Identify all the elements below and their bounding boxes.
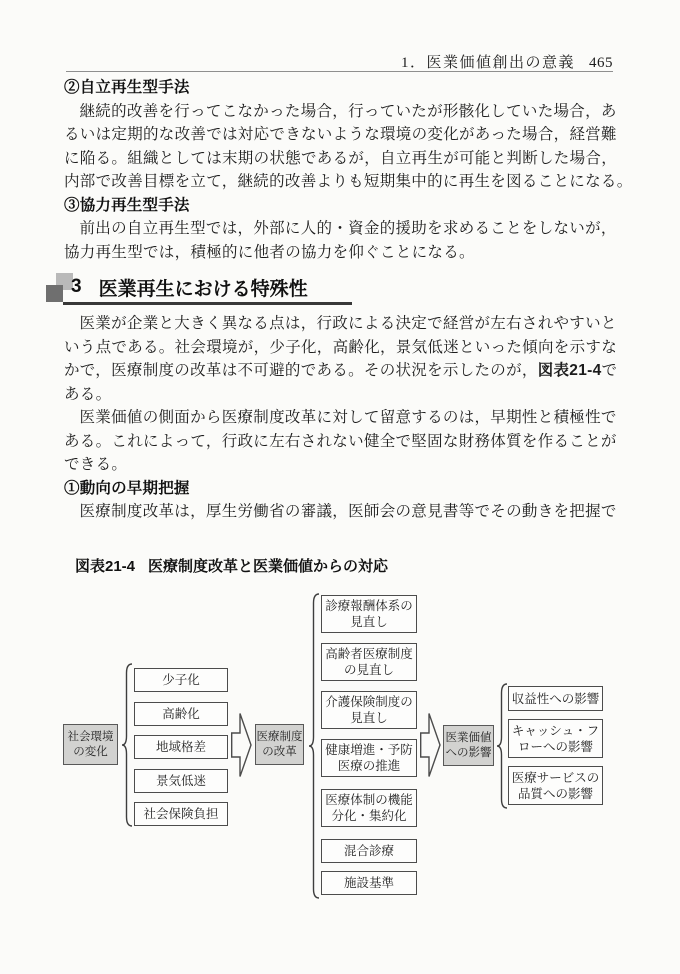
text-line: 医業が企業と大きく異なる点は，行政による決定で経営が左右されやすいと bbox=[64, 312, 624, 336]
heading-marker-dark-square bbox=[46, 285, 63, 302]
text-line: ある。これによって，行政に左右されない健全で堅固な財務体質を作ることが bbox=[64, 430, 624, 454]
text-line: 医療制度改革は，厚生労働省の審議，医師会の意見書等でその動きを把握で bbox=[64, 500, 624, 524]
subsection-heading: ①動向の早期把握 bbox=[64, 477, 624, 501]
box-text-line: 品質への影響 bbox=[518, 786, 593, 802]
env-factor-box: 少子化 bbox=[134, 668, 228, 692]
text-line: ある。 bbox=[64, 383, 624, 407]
box-text-line: の見直し bbox=[344, 662, 394, 678]
section-title: 医業再生における特殊性 bbox=[99, 274, 308, 301]
reform-item-box: 医療体制の機能分化・集約化 bbox=[321, 789, 417, 827]
figure-reference: 図表21-4 bbox=[538, 362, 602, 379]
page-number: 465 bbox=[589, 55, 613, 72]
medical-system-reform-box: 医療制度 の改革 bbox=[255, 724, 304, 765]
page: 1．医業価値創出の意義 465 ②自立再生型手法継続的改善を行ってこなかった場合… bbox=[0, 0, 680, 974]
box-text-line: 医業価値 bbox=[446, 731, 492, 746]
body-text-block-2: 医業が企業と大きく異なる点は，行政による決定で経営が左右されやすいという点である… bbox=[64, 312, 624, 524]
value-item-box: 医療サービスの品質への影響 bbox=[508, 766, 603, 805]
box-text-line: 医療の推進 bbox=[338, 758, 401, 774]
figure-label: 図表21-4 bbox=[75, 555, 135, 576]
reform-item-box: 診療報酬体系の見直し bbox=[321, 595, 417, 633]
box-text-line: への影響 bbox=[446, 746, 492, 761]
box-text-line: 診療報酬体系の bbox=[325, 598, 413, 614]
social-environment-box: 社会環境 の変化 bbox=[63, 724, 118, 765]
section-number: 3 bbox=[71, 276, 82, 298]
running-head: 1．医業価値創出の意義 465 bbox=[401, 51, 613, 72]
reform-item-box: 健康増進・予防医療の推進 bbox=[321, 739, 417, 777]
box-text-line: 施設基準 bbox=[344, 875, 394, 891]
middle-brace bbox=[308, 593, 320, 899]
env-factor-box: 高齢化 bbox=[134, 702, 228, 726]
subsection-heading: ③協力再生型手法 bbox=[64, 194, 624, 218]
right-block-arrow bbox=[420, 712, 441, 778]
box-text-line: 医療サービスの bbox=[512, 770, 600, 786]
text-line: るいは定期的な改善では対応できないような環境の変化があった場合，経営難 bbox=[64, 123, 624, 147]
box-text-line: 高齢化 bbox=[162, 706, 200, 722]
reform-item-box: 介護保険制度の見直し bbox=[321, 691, 417, 729]
text-line: 継続的改善を行ってこなかった場合，行っていたが形骸化していた場合，あ bbox=[64, 100, 624, 124]
text-line: いう点である。社会環境が，少子化，高齢化，景気低迷といった傾向を示すな bbox=[64, 336, 624, 360]
env-factor-box: 社会保険負担 bbox=[134, 802, 228, 826]
box-text-line: 社会保険負担 bbox=[143, 806, 218, 822]
box-text-line: 地域格差 bbox=[156, 739, 206, 755]
box-text-line: 見直し bbox=[350, 614, 388, 630]
value-item-box: キャッシュ・フローへの影響 bbox=[508, 719, 603, 758]
section-heading-rule bbox=[63, 302, 352, 305]
text-line: 協力再生型では，積極的に他者の協力を仰ぐことになる。 bbox=[64, 241, 624, 265]
subsection-heading: ②自立再生型手法 bbox=[64, 76, 624, 100]
box-text-line: 分化・集約化 bbox=[331, 808, 406, 824]
box-text-line: 高齢者医療制度 bbox=[325, 646, 413, 662]
reform-item-box: 混合診療 bbox=[321, 839, 417, 863]
box-text-line: 医療体制の機能 bbox=[325, 792, 413, 808]
right-brace bbox=[496, 683, 508, 809]
box-text-line: 少子化 bbox=[162, 672, 200, 688]
box-text-line: 社会環境 bbox=[68, 730, 114, 745]
reform-item-box: 施設基準 bbox=[321, 871, 417, 895]
text-line: かで，医療制度の改革は不可避的である。その状況を示したのが，図表21-4で bbox=[64, 359, 624, 383]
text-line: 内部で改善目標を立て，継続的改善よりも短期集中的に再生を図ることになる。 bbox=[64, 170, 624, 194]
left-brace bbox=[121, 663, 133, 827]
body-text-block-1: ②自立再生型手法継続的改善を行ってこなかった場合，行っていたが形骸化していた場合… bbox=[64, 76, 624, 264]
box-text-line: 見直し bbox=[350, 710, 388, 726]
text-line: 前出の自立再生型では，外部に人的・資金的援助を求めることをしないが， bbox=[64, 217, 624, 241]
box-text-line: 健康増進・予防 bbox=[325, 742, 413, 758]
box-text-line: 景気低迷 bbox=[156, 773, 206, 789]
box-text-line: 医療制度 bbox=[257, 730, 303, 745]
reform-item-box: 高齢者医療制度の見直し bbox=[321, 643, 417, 681]
box-text-line: 介護保険制度の bbox=[325, 694, 413, 710]
value-item-box: 収益性への影響 bbox=[508, 686, 603, 711]
box-text-line: 混合診療 bbox=[344, 843, 394, 859]
header-rule bbox=[66, 71, 613, 72]
section-heading: 3 医業再生における特殊性 bbox=[71, 274, 308, 300]
figure-name: 医療制度改革と医業価値からの対応 bbox=[148, 555, 388, 576]
box-text-line: の改革 bbox=[262, 745, 297, 760]
chapter-title: 1．医業価値創出の意義 bbox=[401, 51, 575, 72]
right-block-arrow bbox=[231, 712, 252, 778]
text-segment: で bbox=[602, 362, 618, 379]
text-line: 医業価値の側面から医療制度改革に対して留意するのは，早期性と積極性で bbox=[64, 406, 624, 430]
box-text-line: 収益性への影響 bbox=[512, 691, 600, 707]
env-factor-box: 景気低迷 bbox=[134, 769, 228, 793]
box-text-line: の変化 bbox=[73, 745, 108, 760]
medical-business-value-box: 医業価値 への影響 bbox=[443, 725, 494, 766]
text-line: に陥る。組織としては末期の状態であるが，自立再生が可能と判断した場合， bbox=[64, 147, 624, 171]
figure-caption: 図表21-4 医療制度改革と医業価値からの対応 bbox=[75, 555, 388, 576]
text-line: できる。 bbox=[64, 453, 624, 477]
box-text-line: キャッシュ・フ bbox=[512, 723, 599, 739]
box-text-line: ローへの影響 bbox=[518, 739, 593, 755]
env-factor-box: 地域格差 bbox=[134, 735, 228, 759]
text-segment: かで，医療制度の改革は不可避的である。その状況を示したのが， bbox=[64, 362, 538, 379]
